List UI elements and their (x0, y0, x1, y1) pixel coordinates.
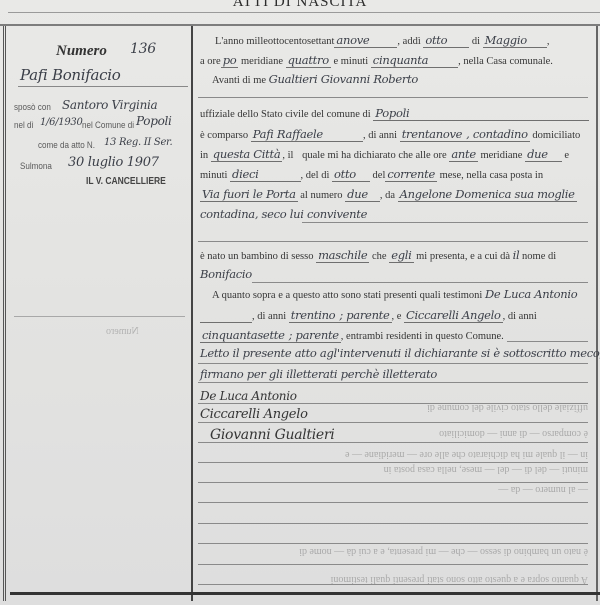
year-field: anove (334, 33, 397, 48)
act-line-time: a orepo meridiane quattro e minuti cinqu… (200, 53, 590, 67)
act-line-officer: Avanti di me Gualtieri Giovanni Roberto (200, 72, 590, 86)
act-line-birth-time: minuti dieci, del dì otto delcorrente me… (200, 167, 590, 181)
month-field: Maggio (483, 33, 547, 48)
declarant-name: Pafi Raffaele (251, 127, 363, 142)
bleed-through-line: è comparso — di anni — domiciliato (200, 428, 588, 439)
birth-record-page: ATTI DI NASCITA Numero 136 Pafi Bonifaci… (0, 0, 600, 605)
bleed-through-line: uffiziale dello stato civile del comune … (200, 402, 588, 413)
rule (252, 282, 588, 283)
witness-2: Ciccarelli Angelo (404, 308, 503, 323)
numero-value: 136 (130, 41, 156, 57)
marriage-date: 1/6/1930 (40, 117, 83, 128)
margin-name-underline (18, 86, 188, 87)
certificato-value: 13 Reg. II Ser. (104, 137, 172, 148)
annotation-date: 30 luglio 1907 (68, 155, 159, 170)
act-line-address: Via fuori le Porta al numero due, da Ang… (200, 187, 590, 201)
rule (198, 543, 588, 544)
margin-column: Numero 136 Pafi Bonifacio sposò con Sant… (3, 26, 193, 601)
day-field: otto (423, 33, 469, 48)
act-line-comune: uffiziale dello Stato civile del comune … (200, 106, 590, 120)
rule (198, 422, 588, 423)
rule (302, 222, 588, 223)
act-line-closing-1: Letto il presente atto agl'intervenuti i… (200, 346, 590, 360)
minutes-field: cinquanta (371, 53, 458, 68)
place-label: Sulmona (20, 161, 52, 172)
rule (198, 564, 588, 565)
rule (198, 442, 588, 443)
bleed-through-line: A quanto sopra e a questo atto sono stat… (200, 574, 588, 585)
bleed-through-numero: Numero (106, 326, 139, 337)
child-name: Bonifacio (200, 267, 252, 281)
act-line-residence: cinquantasette; parente, entrambi reside… (200, 328, 590, 342)
rule (507, 341, 588, 342)
act-line-mother-info: contadina, seco lui convivente (200, 207, 590, 221)
comune-label: nel Comune di (82, 120, 134, 131)
comune-field: Popoli (373, 106, 589, 121)
act-line-closing-2: firmano per gli illetterati perchè illet… (200, 367, 590, 381)
bottom-rule (10, 592, 600, 595)
act-line-child-sex: è nato un bambino di sesso maschile che … (200, 248, 590, 262)
margin-divider (14, 316, 185, 317)
nel-di-label: nel dì (14, 120, 34, 131)
mother-name: Angelone Domenica sua moglie (398, 187, 577, 202)
rule (198, 382, 588, 383)
child-sex: maschile (316, 248, 369, 263)
bleed-through-line: — al numero — da — (200, 484, 588, 495)
spouse-name: Santoro Virginia (62, 98, 157, 112)
document-title: ATTI DI NASCITA (0, 0, 600, 11)
marriage-comune: Popoli (136, 114, 172, 128)
rule (198, 502, 588, 503)
signature-1: De Luca Antonio (200, 389, 590, 403)
rule (198, 97, 588, 98)
margin-name: Pafi Bonifacio (20, 66, 121, 84)
top-rule (8, 12, 600, 13)
cancelliere-stamp: IL V. CANCELLIERE (86, 176, 166, 187)
certificato-label: come da atto N. (38, 140, 95, 151)
hour-field: quattro (286, 53, 331, 68)
rule (198, 462, 588, 463)
numero-label: Numero (56, 43, 107, 60)
rule (198, 523, 588, 524)
act-line-witnesses: A quanto sopra e a questo atto sono stat… (200, 287, 590, 301)
act-line-declaration: in questa Città, il quale mi ha dichiara… (200, 147, 590, 161)
act-line-declarant: è comparso Pafi Raffaele, di anni trenta… (200, 127, 590, 141)
rule (198, 482, 588, 483)
bleed-through-line: in — il quale mi ha dichiarato che alle … (200, 449, 588, 460)
rule (198, 363, 588, 364)
rule (198, 241, 588, 242)
act-column: L'anno milleottocentosettantanove, addì … (192, 26, 598, 601)
declarant-age: trentanove (400, 127, 464, 142)
bleed-through-line: minuti — del dì — del — mese, nella casa… (200, 464, 588, 475)
sposato-label: sposò con (14, 102, 51, 113)
officer-name: Gualtieri Giovanni Roberto (269, 72, 418, 86)
bleed-through-line: è nato un bambino di sesso — che — mi pr… (200, 546, 588, 557)
witness-1: De Luca Antonio (485, 287, 577, 301)
act-line-year: L'anno milleottocentosettantanove, addì … (200, 33, 590, 47)
act-line-witness-ages: , di anni trentino; parente, e Ciccarell… (200, 308, 590, 322)
act-line-child-name: Bonifacio (200, 267, 590, 281)
